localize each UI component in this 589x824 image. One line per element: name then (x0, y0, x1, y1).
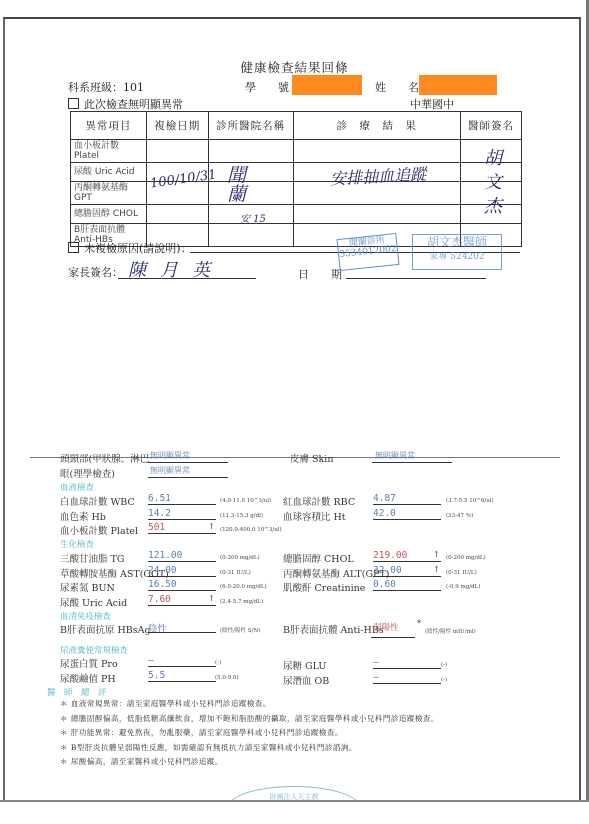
summary-note: ＊ 總膽固醇偏高，低脂低糖高纖飲食，增加不飽和脂肪酸的攝取，請至家庭醫學科或小兒… (60, 713, 439, 724)
value-underline (373, 561, 441, 562)
parent-sign-label: 家長簽名： (68, 264, 123, 280)
field-value: 無明顯異常 (375, 450, 415, 461)
field-label: 血球容積比 Ht (283, 509, 346, 523)
no-recheck-row: 未複檢原因(請說明)： (68, 240, 192, 256)
field-label: 血小板計數 Platel (60, 523, 138, 537)
field-value: 16.50 (148, 579, 177, 590)
no-recheck-label: 未複檢原因(請說明)： (84, 242, 192, 255)
page-bottom-edge (0, 800, 589, 824)
handwritten-doctor-signature: 胡文杰 (478, 148, 504, 220)
name-label: 姓 名 (375, 79, 419, 95)
field-value: 14.2 (148, 508, 171, 519)
field-value: 4.87 (373, 493, 396, 504)
redacted-student-id (292, 75, 362, 95)
value-underline (148, 605, 216, 606)
reference-range: (0-200 mg/dL) (446, 555, 486, 561)
reference-range: (120.0-400.0 10^3/ul) (220, 527, 282, 533)
header-date: 複檢日期 (146, 112, 208, 140)
no-abnormal-label: 此次檢查無明顯異常 (84, 98, 183, 111)
reference-range: (-) (215, 660, 221, 666)
field-value: — (373, 657, 379, 668)
value-underline (373, 668, 441, 669)
field-label: 尿蛋白質 Pro (60, 656, 118, 670)
field-value: 24.00 (148, 565, 177, 576)
student-id-label: 學 號 (245, 79, 289, 95)
field-value: 121.00 (148, 550, 182, 561)
section-serum: 血清免疫檢查 (60, 610, 111, 622)
date-label: 日 期 (298, 266, 342, 282)
field-label: 尿酸鹼值 PH (60, 671, 116, 685)
flag-indicator: ↑ (208, 594, 215, 603)
table-row: 總膽固醇 CHOL (71, 205, 522, 224)
section-biochem: 生化檢查 (60, 538, 94, 550)
reference-range: (陰性/陽性 S/N) (220, 626, 260, 634)
field-value: 219.00 (373, 550, 407, 561)
reference-range: (6.0-20.0 mg/dL) (220, 584, 267, 590)
field-value: — (373, 672, 379, 683)
form-title: 健康檢查結果回條 (0, 58, 589, 76)
value-underline (371, 637, 415, 638)
table-row: 丙酮轉氨基酶 GPT (71, 182, 522, 205)
date-line[interactable] (346, 278, 486, 279)
value-underline (148, 561, 216, 562)
summary-title: 醫 師 總 評 (47, 686, 107, 698)
flag-indicator: * (417, 619, 421, 628)
value-underline (148, 533, 216, 534)
value-underline (148, 666, 216, 667)
field-label: 三酸甘油脂 TG (60, 551, 124, 565)
school-name: 中華國中 (410, 96, 454, 112)
field-label: B肝表面抗體 Anti-HBs (283, 622, 384, 636)
field-label: 尿素氮 BUN (60, 580, 115, 594)
value-underline (148, 576, 216, 577)
field-label: 尿糖 GLU (283, 658, 326, 672)
value-underline (148, 462, 228, 463)
reference-range: (0-31 IU/L) (220, 570, 251, 576)
field-value: 無明顯異常 (150, 465, 190, 476)
field-value: 6.51 (148, 493, 171, 504)
row-item: 丙酮轉氨基酶 GPT (71, 182, 147, 205)
stamp-line: 胡文杰醫師 (413, 235, 501, 250)
summary-note: ＊ B型肝炎抗體呈弱陽性反應，如需確認有無抵抗力請至家醫科或小兒科門診諮詢。 (60, 742, 357, 753)
field-label: 皮膚 Skin (290, 451, 333, 465)
field-value: 5.5 (148, 670, 165, 681)
summary-note: ＊ 肝功能異常：避免熬夜，勿亂服藥，請至家庭醫學科或小兒科門診追蹤檢查。 (60, 727, 343, 738)
reference-range: (5.0-9.0) (215, 675, 239, 681)
value-underline (372, 462, 452, 463)
value-underline (148, 632, 216, 633)
field-label: 尿酸 Uric Acid (60, 595, 127, 609)
flag-indicator: ↑ (433, 565, 440, 574)
row-item: 總膽固醇 CHOL (71, 205, 147, 224)
field-label: 尿潛血 OB (283, 673, 329, 687)
handwritten-clinic: 聞蘭 (222, 165, 249, 203)
value-underline (373, 683, 441, 684)
reference-range: (-0.9 mg/dL) (446, 584, 480, 590)
handwritten-clinic-note: 安 15 (240, 210, 266, 225)
reference-range: (33-47 %) (446, 513, 473, 519)
reference-range: (0-200 mg/dL) (220, 555, 260, 561)
value-underline (148, 681, 216, 682)
header-item: 異常項目 (71, 112, 147, 140)
field-value: 弱陽性 (373, 621, 399, 633)
reference-range: (陰性/陽性 mIU/ml) (425, 627, 476, 635)
reference-range: (2.4-5.7 mg/dL) (220, 599, 263, 605)
clinic-stamp: 聞蘭診所 3534012002 (336, 233, 399, 271)
header-result: 診 療 結 果 (293, 112, 461, 140)
parent-sign-line[interactable] (118, 278, 256, 279)
table-row: 尿酸 Uric Acid (71, 163, 522, 182)
reference-range: (3.7-5.5 10^6/ul) (446, 498, 494, 504)
value-underline (373, 590, 441, 591)
reference-range: (4.0-11.0 10^3/ul) (220, 498, 271, 504)
summary-note: ＊ 血液常規異常：請至家庭醫學科或小兒科門診追蹤檢查。 (60, 698, 271, 709)
row-item: 尿酸 Uric Acid (71, 163, 147, 182)
field-value: 501 (148, 522, 165, 533)
no-abnormal-row: 此次檢查無明顯異常 (68, 96, 183, 112)
redacted-name (419, 75, 497, 95)
value-underline (148, 504, 216, 505)
field-label: 總膽固醇 CHOL (283, 551, 354, 565)
flag-indicator: ↑ (208, 522, 215, 531)
field-value: 32.00 (373, 565, 402, 576)
reference-range: (-) (441, 677, 447, 683)
no-recheck-checkbox[interactable] (68, 242, 79, 253)
value-underline (373, 504, 441, 505)
summary-note: ＊ 尿酸偏高，請至家醫科或小兒科門診追蹤。 (60, 756, 223, 767)
recheck-table: 異常項目 複檢日期 診所醫院名稱 診 療 結 果 醫師簽名 血小板計數 Plat… (70, 111, 522, 247)
doctor-stamp: 胡文杰醫師 家專 524202 (412, 234, 502, 270)
field-label: B肝表面抗原 HBsAg (60, 622, 151, 636)
reference-range: (0-31 IU/L) (446, 570, 477, 576)
field-label: 白血球計數 WBC (60, 494, 135, 508)
field-value: 無明顯異常 (150, 450, 190, 461)
field-value: — (148, 655, 154, 666)
header-doctor: 醫師簽名 (461, 112, 522, 140)
section-urine: 尿液糞便常規檢查 (60, 644, 128, 656)
field-label: 眼(理學檢查) (60, 466, 115, 480)
field-label: 紅血球計數 RBC (283, 494, 355, 508)
header-clinic: 診所醫院名稱 (208, 112, 293, 140)
stamp-line: 家專 524202 (413, 250, 501, 265)
field-value: 42.0 (373, 508, 396, 519)
flag-indicator: ↑ (433, 550, 440, 559)
field-label: 血色素 Hb (60, 509, 106, 523)
value-underline (373, 519, 441, 520)
value-underline (148, 519, 216, 520)
value-underline (373, 576, 441, 577)
value-underline (148, 590, 216, 591)
field-label: 肌酸酐 Creatinine (283, 580, 365, 594)
row-item: 血小板計數 Platel (71, 140, 147, 163)
value-underline (148, 477, 228, 478)
section-blood: 血液檢查 (60, 481, 94, 493)
field-value: 0.60 (373, 579, 396, 590)
no-abnormal-checkbox[interactable] (68, 98, 79, 109)
table-row: 血小板計數 Platel (71, 140, 522, 163)
table-header-row: 異常項目 複檢日期 診所醫院名稱 診 療 結 果 醫師簽名 (71, 112, 522, 140)
class-label: 科系班級：101 (68, 79, 144, 95)
field-label: 頭頸部(甲狀腺、淋巴 (60, 451, 149, 465)
reference-range: (-) (441, 662, 447, 668)
field-value: 7.60 (148, 594, 171, 605)
reference-range: (11.3-15.3 g/dl) (220, 513, 263, 519)
